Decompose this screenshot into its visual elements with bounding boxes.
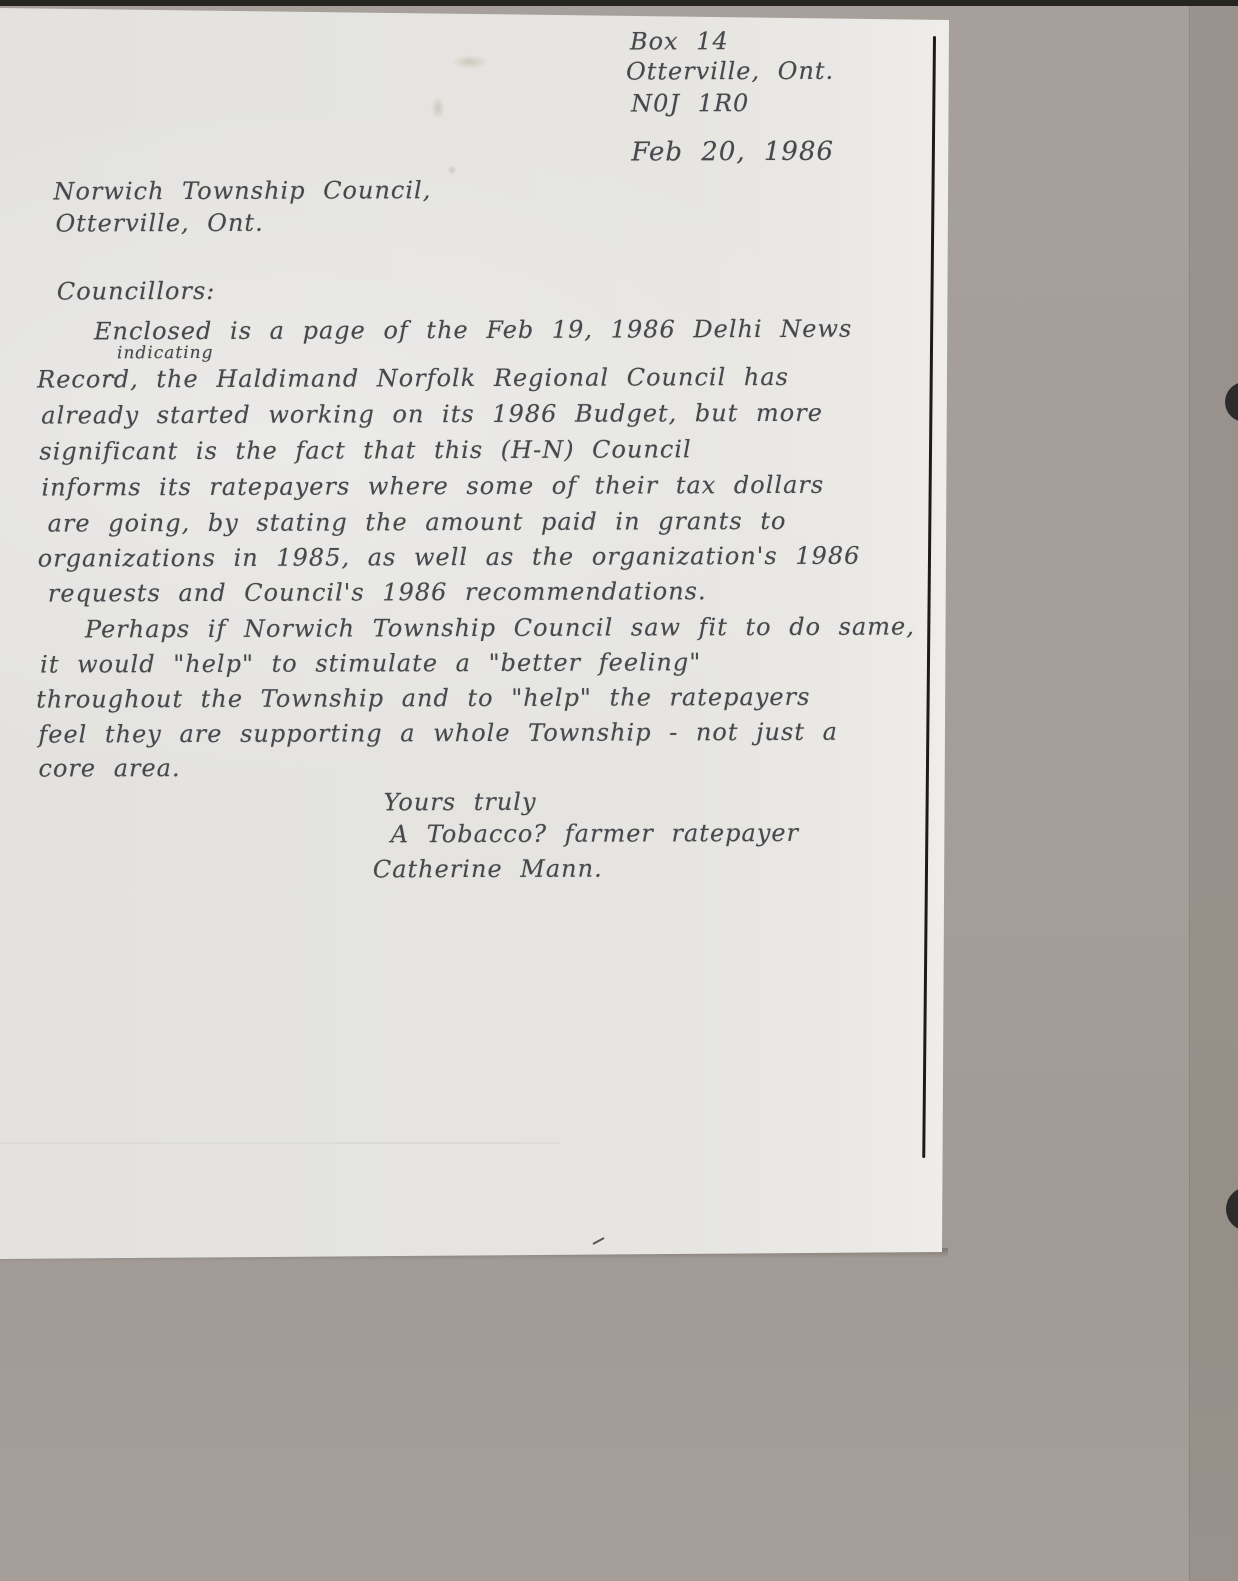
- body-line: requests and Council's 1986 recommendati…: [48, 579, 707, 605]
- body-line: feel they are supporting a whole Townshi…: [38, 720, 838, 747]
- signature: Catherine Mann.: [373, 857, 603, 882]
- body-line: Record, the Haldimand Norfolk Regional C…: [37, 365, 789, 392]
- body-line: are going, by stating the amount paid in…: [48, 509, 787, 536]
- body-line: organizations in 1985, as well as the or…: [38, 544, 861, 571]
- closing-line: Yours truly: [384, 790, 537, 815]
- insertion-word: indicating: [117, 345, 214, 362]
- scrapbook-page: Box 14 Otterville, Ont. N0J 1R0 Feb 20, …: [0, 0, 1238, 1581]
- sender-line: N0J 1R0: [631, 91, 749, 115]
- recipient-line: Otterville, Ont.: [56, 211, 264, 236]
- body-line: informs its ratepayers where some of the…: [41, 473, 824, 500]
- body-line: it would "help" to stimulate a "better f…: [40, 650, 701, 676]
- body-line: significant is the fact that this (H-N) …: [39, 437, 691, 463]
- closing-line: A Tobacco? farmer ratepayer: [391, 821, 799, 846]
- sender-line: Box 14: [630, 29, 729, 53]
- body-line: core area.: [38, 756, 180, 780]
- sender-line: Otterville, Ont.: [626, 59, 834, 84]
- recipient-line: Norwich Township Council,: [53, 178, 431, 203]
- letter-date: Feb 20, 1986: [631, 139, 834, 166]
- page-top-edge: [0, 0, 1238, 6]
- body-line: throughout the Township and to "help" th…: [36, 685, 810, 712]
- body-line: Enclosed is a page of the Feb 19, 1986 D…: [94, 317, 852, 344]
- salutation: Councillors:: [57, 279, 216, 304]
- body-line: Perhaps if Norwich Township Council saw …: [85, 614, 915, 641]
- letter-text: Box 14 Otterville, Ont. N0J 1R0 Feb 20, …: [0, 0, 956, 1264]
- body-line: already started working on its 1986 Budg…: [41, 401, 823, 428]
- album-page-edge: [1189, 0, 1238, 1581]
